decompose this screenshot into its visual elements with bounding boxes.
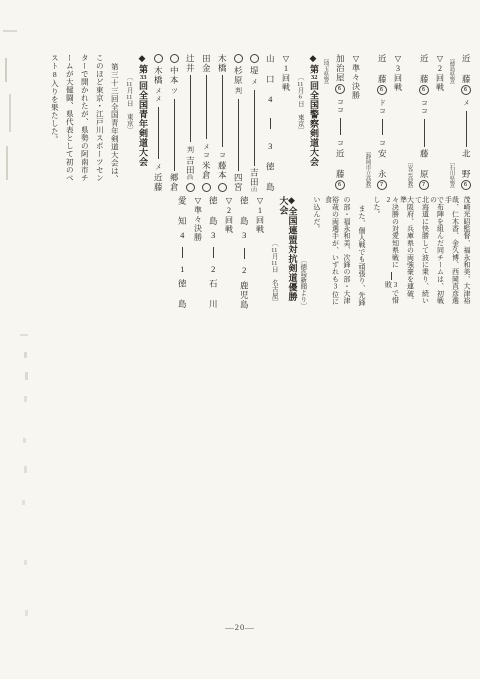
- source-credit: 〔徳島新聞より〕: [295, 196, 309, 309]
- score-marks: メ: [463, 99, 470, 107]
- score-divider-line: [213, 247, 214, 258]
- score-marks: ココ: [337, 98, 344, 114]
- affiliation-column: 〔静岡市立高教〕: [363, 54, 374, 192]
- score-marks: ツ: [171, 87, 178, 95]
- page-number: —20—: [225, 622, 255, 632]
- article-paragraph: 茂崎光昭監督、福永和美、大津裕哉、仁木香、金久博、西岡直彦選手で布陣を組んだ同チ…: [369, 196, 474, 309]
- scan-artifact: [24, 352, 27, 358]
- team-score-column: 徳 島32石 川: [205, 196, 221, 309]
- name-disambiguator: (四): [187, 175, 193, 181]
- match-column: 田金メコ米倉: [198, 54, 214, 192]
- player-name: 吉田(四): [186, 156, 195, 181]
- player-name: 安 永: [378, 149, 387, 179]
- team-name-left: 愛 知: [178, 196, 187, 226]
- scan-artifact: [20, 334, 28, 336]
- team-name-right: 徳 島: [266, 162, 275, 192]
- match-divider-line: [158, 107, 159, 159]
- player-name: 近藤: [154, 173, 163, 192]
- player-name: 近 藤: [420, 54, 429, 84]
- tournament-header: 〔11月11日 東京〕◆第33回全国青年剣道大会: [122, 54, 150, 192]
- player-name: 木橋: [154, 66, 163, 85]
- player-name: 吉田(正): [250, 168, 259, 193]
- vertical-dash: [391, 272, 392, 280]
- match-divider-line: [174, 99, 175, 171]
- match-divider-line: [254, 90, 255, 166]
- scan-artifact: [24, 560, 27, 565]
- digit-group: 11: [125, 94, 132, 101]
- player-name: 近 藤: [336, 149, 345, 179]
- digit-group: 11: [270, 247, 277, 254]
- round-label: ▽2回戦: [221, 196, 236, 309]
- digit-group: 32: [310, 74, 317, 81]
- match-column: 辻井判吉田(四): [182, 54, 198, 192]
- round-label: ▽2回戦: [432, 54, 447, 192]
- team-score-right: 2: [240, 265, 249, 276]
- winner-circle-mark: [186, 183, 195, 192]
- article-paragraph: 第三十三回全国青年剣道大会は、このほど東京・江戸川スポーツセンターで開かれたが、…: [47, 54, 122, 192]
- individual-match-result: 木橋コ藤本: [214, 54, 230, 192]
- match-divider-line: [340, 118, 341, 136]
- score-marks: コ: [337, 139, 344, 147]
- scan-artifact: [9, 94, 11, 132]
- individual-match-result: 木橋メメメ近藤: [150, 54, 166, 192]
- team-name-right: 徳 島: [178, 279, 187, 309]
- match-column: 中本ツ郷倉: [166, 54, 182, 192]
- tournament-date-venue: 〔11月11日 東京〕: [122, 54, 135, 212]
- match-column: 木橋コ藤本: [214, 54, 230, 192]
- paragraph-line: 裕哉の両選手が、いずれも3位に食: [324, 196, 339, 309]
- top-player-affiliation: 〔徳島県警〕: [448, 55, 454, 88]
- team-name-left: 徳 島: [209, 196, 218, 226]
- match-column: 近 藤6ココ藤 原7: [416, 54, 432, 192]
- match-column: 加治屋6コココ近 藤6: [332, 54, 348, 192]
- paragraph-line: また、個人戦でも頑張り、先鋒: [354, 196, 369, 318]
- dan-rank-badge: 6: [335, 180, 345, 190]
- player-name: 杉原: [234, 66, 243, 85]
- team-name-left: 徳 島: [240, 196, 249, 226]
- scan-artifact: [5, 58, 7, 82]
- team-score-left: 4: [178, 230, 187, 241]
- winner-circle-mark: [154, 54, 163, 63]
- player-name: 堤: [250, 66, 259, 76]
- player-name: 木橋: [218, 54, 227, 73]
- paragraph-line: 哉、仁木香、金久博、西岡直彦選手: [444, 196, 459, 309]
- dan-rank-badge: 7: [419, 180, 429, 190]
- team-score-left: 4: [266, 94, 275, 105]
- match-column: 近 藤6メ北 野6: [458, 54, 474, 192]
- dan-rank-badge: 6: [335, 84, 345, 94]
- winner-circle-mark: [218, 183, 227, 192]
- paragraph-line: このほど東京・江戸川スポーツセン: [92, 54, 107, 192]
- player-name: 近 藤: [462, 54, 471, 84]
- article-paragraph: また、個人戦でも頑張り、先鋒の部・福永和美、次鋒の部・大津裕哉の両選手が、いずれ…: [309, 196, 369, 309]
- team-score-column: 徳 島32鹿児島: [236, 196, 252, 309]
- paragraph-line: ームが大健闘、県代表として初のベ: [62, 54, 77, 192]
- tournament-header: 〔11月11日 名古屋〕◆全国連盟対抗剣道優勝大会: [267, 196, 295, 309]
- match-column: 堤メ吉田(正): [246, 54, 262, 192]
- individual-match-result: 中本ツ郷倉: [166, 54, 182, 192]
- player-name: 加治屋: [336, 54, 345, 83]
- paragraph-line: 北海道に快勝して波に乗り、続いて: [414, 196, 429, 309]
- score-marks: コ: [379, 139, 386, 147]
- winner-circle-mark: [170, 54, 179, 63]
- upper-text-band: 〔徳島県警〕〔石川県警〕近 藤6メ北 野6▽2回戦〔安芸高教〕近 藤6ココ藤 原…: [47, 54, 474, 192]
- scanned-bulletin-page: 〔徳島県警〕〔石川県警〕近 藤6メ北 野6▽2回戦〔安芸高教〕近 藤6ココ藤 原…: [0, 0, 480, 679]
- individual-match-result: 〔安芸高教〕近 藤6ココ藤 原7: [405, 54, 432, 192]
- tournament-date-venue: 〔11月6日 東京〕: [293, 54, 306, 212]
- individual-match-result: 田金メコ米倉: [198, 54, 214, 192]
- affiliation-column: 〔徳島県警〕〔石川県警〕: [447, 54, 458, 192]
- scan-artifact: [25, 610, 28, 616]
- score-marks: ココ: [421, 99, 428, 115]
- team-score-right: 2: [209, 264, 218, 275]
- scan-artifact: [24, 466, 27, 473]
- player-name: 北 野: [462, 149, 471, 179]
- tournament-header: 〔11月6日 東京〕◆第32回全国警察剣道大会: [293, 54, 321, 192]
- individual-match-result: 堤メ吉田(正): [246, 54, 262, 192]
- player-name: 藤 原: [420, 149, 429, 179]
- name-disambiguator: (正): [251, 187, 257, 193]
- team-score-column: 愛 知41徳 島: [174, 196, 190, 309]
- scan-artifact: [23, 438, 26, 443]
- round-label: ▽準々決勝: [190, 196, 205, 309]
- match-divider-line: [222, 75, 223, 147]
- player-name: 辻井: [186, 54, 195, 73]
- individual-match-result: 辻井判吉田(四): [182, 54, 198, 192]
- winner-circle-mark: [250, 54, 259, 63]
- scan-artifact: [24, 396, 27, 402]
- score-marks: メ: [155, 163, 162, 171]
- team-score-right: 1: [178, 264, 187, 275]
- score-marks: メコ: [203, 143, 210, 159]
- player-name: 田金: [202, 54, 211, 73]
- score-marks: 判: [187, 146, 194, 154]
- paragraph-line: で布陣を組んだ同チームは、初戦の: [429, 196, 444, 309]
- dan-rank-badge: 6: [419, 85, 429, 95]
- dan-rank-badge: 7: [377, 180, 387, 190]
- paragraph-line: い込んだ。: [309, 196, 324, 309]
- paragraph-line: の部・福永和美、次鋒の部・大津: [339, 196, 354, 309]
- digit-group: 33: [139, 74, 146, 81]
- score-marks: メメ: [155, 87, 162, 103]
- affiliation-column: 〔安芸高教〕: [405, 54, 416, 192]
- digit-group: 11: [125, 81, 132, 88]
- round-label: ▽1回戦: [252, 196, 267, 309]
- match-column: 近 藤6ドココ安 永7: [374, 54, 390, 192]
- dan-rank-badge: 6: [461, 180, 471, 190]
- bottom-player-affiliation: 〔石川県警〕: [448, 159, 454, 192]
- player-name: 郷倉: [170, 173, 179, 192]
- team-score-column: 山 口43徳 島: [262, 54, 278, 192]
- paragraph-line: した。: [369, 196, 384, 309]
- team-name-right: 鹿児島: [240, 281, 249, 310]
- winner-circle-mark: [202, 183, 211, 192]
- individual-match-result: 〔埼玉県警〕加治屋6コココ近 藤6: [321, 54, 348, 192]
- individual-match-result: 〔静岡市立高教〕近 藤6ドココ安 永7: [363, 54, 390, 192]
- scan-artifact: [3, 30, 17, 32]
- digit-group: 11: [296, 81, 303, 88]
- affiliation-column: 〔埼玉県警〕: [321, 54, 332, 192]
- score-marks: ドコ: [379, 99, 386, 115]
- player-name: 中本: [170, 66, 179, 85]
- lower-text-band: 茂崎光昭監督、福永和美、大津裕哉、仁木香、金久博、西岡直彦選手で布陣を組んだ同チ…: [174, 196, 474, 309]
- match-divider-line: [466, 111, 467, 147]
- match-divider-line: [382, 119, 383, 135]
- player-name: 四宮: [234, 173, 243, 192]
- team-score-left: 3: [240, 230, 249, 241]
- digit-group: 11: [270, 260, 277, 267]
- tournament-title: ◆第33回全国青年剣道大会: [135, 54, 150, 192]
- team-name-left: 山 口: [266, 54, 275, 84]
- score-marks: メ: [251, 78, 258, 86]
- bottom-player-affiliation: 〔静岡市立高教〕: [364, 148, 370, 192]
- player-name: 米倉: [202, 161, 211, 180]
- team-score-left: 3: [209, 230, 218, 241]
- match-divider-line: [206, 75, 207, 139]
- match-divider-line: [238, 99, 239, 171]
- dan-rank-badge: 6: [377, 85, 387, 95]
- dan-rank-badge: 6: [461, 85, 471, 95]
- match-column: 木橋メメメ近藤: [150, 54, 166, 192]
- individual-match-result: 杉原判四宮: [230, 54, 246, 192]
- individual-match-result: 〔徳島県警〕〔石川県警〕近 藤6メ北 野6: [447, 54, 474, 192]
- scan-artifact: [6, 146, 8, 180]
- match-column: 杉原判四宮: [230, 54, 246, 192]
- match-divider-line: [190, 75, 191, 142]
- round-label: ▽1回戦: [278, 54, 293, 192]
- round-label: ▽準々決勝: [348, 54, 363, 192]
- team-name-right: 石 川: [209, 279, 218, 309]
- paragraph-line: 々決勝の対愛知県戦に23で惜敗: [384, 196, 399, 309]
- score-divider-line: [182, 247, 183, 258]
- score-divider-line: [244, 248, 245, 259]
- score-marks: コ: [219, 151, 226, 159]
- paragraph-line: 大阪府、兵庫県の両強豪を連破、準: [399, 196, 414, 309]
- round-label: ▽3回戦: [390, 54, 405, 192]
- player-name: 近 藤: [378, 54, 387, 84]
- match-divider-line: [424, 119, 425, 147]
- paragraph-line: 茂崎光昭監督、福永和美、大津裕: [459, 196, 474, 309]
- paragraph-line: スト8入りを果たした。: [47, 54, 62, 192]
- tournament-title: ◆第32回全国警察剣道大会: [306, 54, 321, 192]
- top-player-affiliation: 〔埼玉県警〕: [322, 55, 328, 88]
- tournament-title: ◆全国連盟対抗剣道優勝大会: [280, 196, 295, 309]
- team-score-right: 3: [266, 141, 275, 152]
- scan-artifact: [25, 372, 28, 380]
- paragraph-line: 第三十三回全国青年剣道大会は、: [107, 54, 122, 201]
- player-name: 藤本: [218, 161, 227, 180]
- score-divider-line: [270, 118, 271, 129]
- bottom-player-affiliation: 〔安芸高教〕: [406, 159, 412, 192]
- score-marks: 判: [235, 87, 242, 95]
- scan-artifact: [22, 500, 25, 505]
- paragraph-line: ターで開かれたが、県勢の阿南市チ: [77, 54, 92, 192]
- winner-circle-mark: [234, 54, 243, 63]
